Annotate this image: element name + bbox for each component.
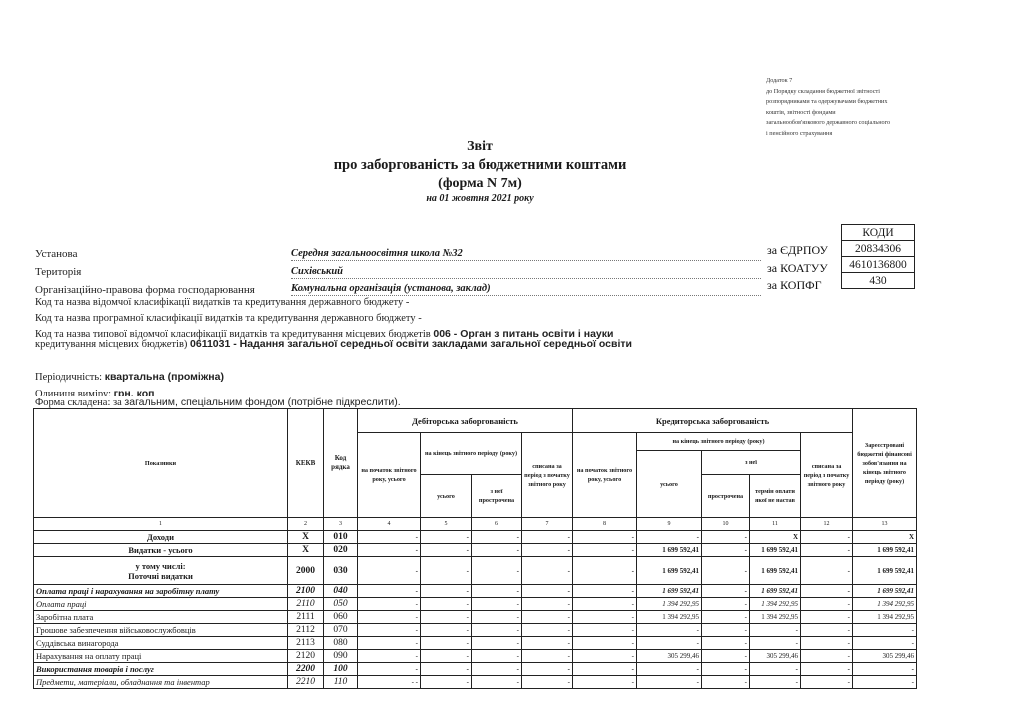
appendix-line: загальнообов'язкового державного соціаль… <box>766 118 966 129</box>
row-value: - <box>421 544 472 557</box>
row-name: Видатки - усього <box>34 544 288 557</box>
row-code: 050 <box>324 598 358 611</box>
periodicity: Періодичність: квартальна (проміжна) <box>35 371 224 383</box>
row-value: - <box>522 611 573 624</box>
header-debit-written-off: списана за період з початку звітного рок… <box>522 433 573 518</box>
row-value: 1 394 292,95 <box>853 611 917 624</box>
row-value: - <box>522 598 573 611</box>
header-registered-obligations: Зареєстровані бюджетні фінансові зобов'я… <box>853 409 917 518</box>
row-value: 1 394 292,95 <box>637 598 702 611</box>
row-kekv: 2110 <box>288 598 324 611</box>
row-value: 1 699 592,41 <box>853 585 917 598</box>
row-kekv: X <box>288 544 324 557</box>
row-value: - <box>472 598 522 611</box>
table-row: Видатки - усьогоX020-----1 699 592,41-1 … <box>34 544 917 557</box>
appendix-line: Додаток 7 <box>766 76 966 87</box>
row-value: - <box>702 676 750 689</box>
form-fund-label: Форма складена: за <box>35 397 124 408</box>
column-number: 10 <box>702 518 750 531</box>
header-indicators: Показники <box>34 409 288 518</box>
row-value: - <box>522 557 573 585</box>
row-value: - <box>801 637 853 650</box>
header-credit-overdue: прострочена <box>702 475 750 518</box>
row-value: - <box>702 624 750 637</box>
row-value: 1 699 592,41 <box>750 557 801 585</box>
report-title: Звіт про заборгованість за бюджетними ко… <box>300 138 660 205</box>
form-fund-value: загальним, спеціальним фондом (потрібне … <box>124 396 400 408</box>
row-value: - <box>573 663 637 676</box>
row-value: - <box>573 585 637 598</box>
header-credit-end-total: усього <box>637 451 702 518</box>
column-number: 4 <box>358 518 421 531</box>
row-value: - <box>702 650 750 663</box>
row-value: - <box>421 624 472 637</box>
row-value: - <box>421 531 472 544</box>
table-row: Використання товарів і послуг2200100----… <box>34 663 917 676</box>
appendix-line: до Порядку складання бюджетної звітності <box>766 87 966 98</box>
table-row: Оплата праці і нарахування на заробітну … <box>34 585 917 598</box>
program-local-prefix: кредитування місцевих бюджетів) <box>35 339 190 350</box>
row-code: 040 <box>324 585 358 598</box>
row-value: - - <box>358 676 421 689</box>
row-value: - <box>637 663 702 676</box>
row-value: - <box>853 637 917 650</box>
row-value: - <box>522 663 573 676</box>
program-local-classification: кредитування місцевих бюджетів) 0611031 … <box>35 338 632 350</box>
row-value: - <box>358 531 421 544</box>
report-date: на 01 жовтня 2021 року <box>300 192 660 205</box>
row-value: - <box>472 611 522 624</box>
column-number: 3 <box>324 518 358 531</box>
row-value: 1 699 592,41 <box>853 544 917 557</box>
row-code: 010 <box>324 531 358 544</box>
header-credit-start: на початок звітного року, усього <box>573 433 637 518</box>
row-value: - <box>637 637 702 650</box>
row-value: - <box>702 663 750 676</box>
row-value: 1 699 592,41 <box>637 585 702 598</box>
column-number: 12 <box>801 518 853 531</box>
row-value: - <box>421 598 472 611</box>
row-code: 100 <box>324 663 358 676</box>
row-kekv: 2113 <box>288 637 324 650</box>
row-value: - <box>801 624 853 637</box>
row-value: - <box>702 637 750 650</box>
header-debit-end-total: усього <box>421 475 472 518</box>
row-value: - <box>522 650 573 663</box>
table-row: Оплата праці2110050-----1 394 292,95-1 3… <box>34 598 917 611</box>
row-name-line2: Поточні видатки <box>36 571 285 581</box>
row-kekv: X <box>288 531 324 544</box>
row-value: 305 299,46 <box>750 650 801 663</box>
column-number: 7 <box>522 518 573 531</box>
program-local-value: 0611031 - Надання загальної середньої ос… <box>190 338 632 350</box>
row-value: X <box>750 531 801 544</box>
row-value: - <box>702 598 750 611</box>
territory-label: Територія <box>35 266 81 278</box>
departmental-classification: Код та назва відомчої класифікації видат… <box>35 297 409 308</box>
row-value: - <box>472 544 522 557</box>
row-value: 1 394 292,95 <box>853 598 917 611</box>
row-value: 1 699 592,41 <box>637 544 702 557</box>
row-value: - <box>750 663 801 676</box>
header-credit-written-off: списана за період з початку звітного рок… <box>801 433 853 518</box>
row-value: - <box>637 531 702 544</box>
row-kekv: 2120 <box>288 650 324 663</box>
row-name: у тому числі:Поточні видатки <box>34 557 288 585</box>
row-value: - <box>853 624 917 637</box>
row-kekv: 2100 <box>288 585 324 598</box>
row-value: - <box>801 663 853 676</box>
row-name: Доходи <box>34 531 288 544</box>
row-value: - <box>358 637 421 650</box>
row-value: - <box>702 557 750 585</box>
table-row: ДоходиX010-------X-X <box>34 531 917 544</box>
row-value: - <box>358 650 421 663</box>
unit-value: грн. коп <box>114 388 155 396</box>
column-number: 1 <box>34 518 288 531</box>
row-value: - <box>637 676 702 689</box>
unit: Одиниця виміру: грн. коп <box>35 388 154 396</box>
row-value: - <box>421 663 472 676</box>
row-code: 020 <box>324 544 358 557</box>
row-value: - <box>573 598 637 611</box>
row-value: - <box>421 585 472 598</box>
header-credit-not-due: термін оплати якої не настав <box>750 475 801 518</box>
row-value: X <box>853 531 917 544</box>
row-value: - <box>522 544 573 557</box>
row-code: 110 <box>324 676 358 689</box>
row-value: - <box>702 544 750 557</box>
row-name: Суддівська винагорода <box>34 637 288 650</box>
row-name: Грошове забезпечення військовослужбовців <box>34 624 288 637</box>
row-value: - <box>801 676 853 689</box>
row-value: - <box>522 531 573 544</box>
row-value: - <box>853 663 917 676</box>
appendix-line: і пенсійного страхування <box>766 129 966 140</box>
row-value: - <box>358 585 421 598</box>
form-fund: Форма складена: за загальним, спеціальни… <box>35 396 401 408</box>
column-number: 8 <box>573 518 637 531</box>
row-value: 305 299,46 <box>637 650 702 663</box>
appendix-note: Додаток 7 до Порядку складання бюджетної… <box>766 76 966 140</box>
row-value: 1 699 592,41 <box>853 557 917 585</box>
row-value: - <box>573 611 637 624</box>
row-value: 1 699 592,41 <box>750 544 801 557</box>
row-value: - <box>853 676 917 689</box>
legal-form-label: Організаційно-правова форма господарюван… <box>35 284 255 296</box>
row-name: Використання товарів і послуг <box>34 663 288 676</box>
row-value: - <box>358 557 421 585</box>
row-value: - <box>522 624 573 637</box>
codes-header: КОДИ <box>842 225 915 241</box>
row-value: - <box>358 611 421 624</box>
appendix-line: коштів, звітності фондами <box>766 108 966 119</box>
row-kekv: 2112 <box>288 624 324 637</box>
row-value: - <box>472 557 522 585</box>
row-value: - <box>472 663 522 676</box>
column-number: 11 <box>750 518 801 531</box>
row-name: Нарахування на оплату праці <box>34 650 288 663</box>
row-value: - <box>358 663 421 676</box>
row-code: 090 <box>324 650 358 663</box>
row-value: - <box>702 611 750 624</box>
row-kekv: 2200 <box>288 663 324 676</box>
legal-form-value: Комунальна організація (установа, заклад… <box>291 282 761 296</box>
row-value: - <box>750 624 801 637</box>
row-kekv: 2000 <box>288 557 324 585</box>
row-value: - <box>573 676 637 689</box>
kopfg-value: 430 <box>842 273 915 289</box>
institution-label: Установа <box>35 248 78 260</box>
row-kekv: 2210 <box>288 676 324 689</box>
row-value: - <box>573 544 637 557</box>
title-line1: Звіт <box>300 138 660 156</box>
row-value: - <box>421 557 472 585</box>
row-value: - <box>472 637 522 650</box>
row-value: - <box>358 624 421 637</box>
header-credit-of-which: з неї <box>702 451 801 475</box>
row-name: Оплата праці <box>34 598 288 611</box>
institution-value: Середня загальноосвітня школа №32 <box>291 247 761 261</box>
row-value: - <box>522 676 573 689</box>
row-value: 1 699 592,41 <box>750 585 801 598</box>
row-value: - <box>573 531 637 544</box>
row-value: 1 394 292,95 <box>637 611 702 624</box>
row-name-line1: у тому числі: <box>36 561 285 571</box>
row-name: Заробітна плата <box>34 611 288 624</box>
territory-value: Сихівський <box>291 265 761 279</box>
row-code: 060 <box>324 611 358 624</box>
table-row: Суддівська винагорода2113080---------- <box>34 637 917 650</box>
row-value: - <box>421 650 472 663</box>
header-credit-group: Кредиторська заборгованість <box>573 409 853 433</box>
table-row: Заробітна плата2111060-----1 394 292,95-… <box>34 611 917 624</box>
row-value: - <box>801 598 853 611</box>
header-debit-start: на початок звітного року, усього <box>358 433 421 518</box>
row-value: - <box>472 650 522 663</box>
row-code: 080 <box>324 637 358 650</box>
row-value: - <box>472 676 522 689</box>
row-value: - <box>573 650 637 663</box>
table-row: Предмети, матеріали, обладнання та інвен… <box>34 676 917 689</box>
column-number: 5 <box>421 518 472 531</box>
program-classification: Код та назва програмної класифікації вид… <box>35 313 422 324</box>
column-number: 6 <box>472 518 522 531</box>
table-body: ДоходиX010-------X-XВидатки - усьогоX020… <box>34 531 917 689</box>
koatuu-label: за КОАТУУ <box>767 261 828 276</box>
row-value: - <box>573 624 637 637</box>
kopfg-label: за КОПФГ <box>767 278 822 293</box>
row-value: - <box>801 611 853 624</box>
edrpou-label: за ЄДРПОУ <box>767 243 828 258</box>
header-debit-end-group: на кінець звітного періоду (року) <box>421 433 522 475</box>
table-row: Грошове забезпечення військовослужбовців… <box>34 624 917 637</box>
header-kekv: КЕКВ <box>288 409 324 518</box>
edrpou-value: 20834306 <box>842 241 915 257</box>
periodicity-label: Періодичність: <box>35 372 105 383</box>
row-value: - <box>358 544 421 557</box>
row-value: - <box>522 637 573 650</box>
row-value: - <box>801 531 853 544</box>
row-value: - <box>522 585 573 598</box>
row-value: - <box>801 544 853 557</box>
row-value: 1 699 592,41 <box>637 557 702 585</box>
row-value: - <box>702 531 750 544</box>
row-value: - <box>573 557 637 585</box>
row-value: - <box>702 585 750 598</box>
row-name: Оплата праці і нарахування на заробітну … <box>34 585 288 598</box>
row-value: 305 299,46 <box>853 650 917 663</box>
row-value: - <box>472 531 522 544</box>
column-numbers-row: 1 2 3 4 5 6 7 8 9 10 11 12 13 <box>34 518 917 531</box>
row-value: - <box>421 676 472 689</box>
row-value: - <box>472 624 522 637</box>
table-row: у тому числі:Поточні видатки2000030-----… <box>34 557 917 585</box>
row-code: 070 <box>324 624 358 637</box>
unit-label: Одиниця виміру: <box>35 389 114 396</box>
row-code: 030 <box>324 557 358 585</box>
row-value: - <box>750 676 801 689</box>
title-line3: (форма N 7м) <box>300 175 660 192</box>
row-value: - <box>421 611 472 624</box>
row-value: - <box>801 585 853 598</box>
row-value: - <box>801 557 853 585</box>
title-line2: про заборгованість за бюджетними коштами <box>300 156 660 175</box>
row-value: - <box>358 598 421 611</box>
appendix-line: розпорядниками та одержувачами бюджетних <box>766 97 966 108</box>
row-value: - <box>573 637 637 650</box>
row-value: - <box>750 637 801 650</box>
table-row: Нарахування на оплату праці2120090-----3… <box>34 650 917 663</box>
row-name: Предмети, матеріали, обладнання та інвен… <box>34 676 288 689</box>
row-value: 1 394 292,95 <box>750 598 801 611</box>
column-number: 2 <box>288 518 324 531</box>
row-value: - <box>801 650 853 663</box>
periodicity-value: квартальна (проміжна) <box>105 371 224 383</box>
row-value: - <box>637 624 702 637</box>
header-row-code: Код рядка <box>324 409 358 518</box>
header-credit-end-group: на кінець звітного періоду (року) <box>637 433 801 451</box>
header-debit-group: Дебіторська заборгованість <box>358 409 573 433</box>
codes-table: КОДИ 20834306 4610136800 430 <box>841 224 915 289</box>
debt-report-table: Показники КЕКВ Код рядка Дебіторська заб… <box>33 408 917 689</box>
row-value: - <box>472 585 522 598</box>
row-value: - <box>421 637 472 650</box>
column-number: 9 <box>637 518 702 531</box>
row-kekv: 2111 <box>288 611 324 624</box>
header-debit-end-overdue: з неї прострочена <box>472 475 522 518</box>
koatuu-value: 4610136800 <box>842 257 915 273</box>
row-value: 1 394 292,95 <box>750 611 801 624</box>
column-number: 13 <box>853 518 917 531</box>
